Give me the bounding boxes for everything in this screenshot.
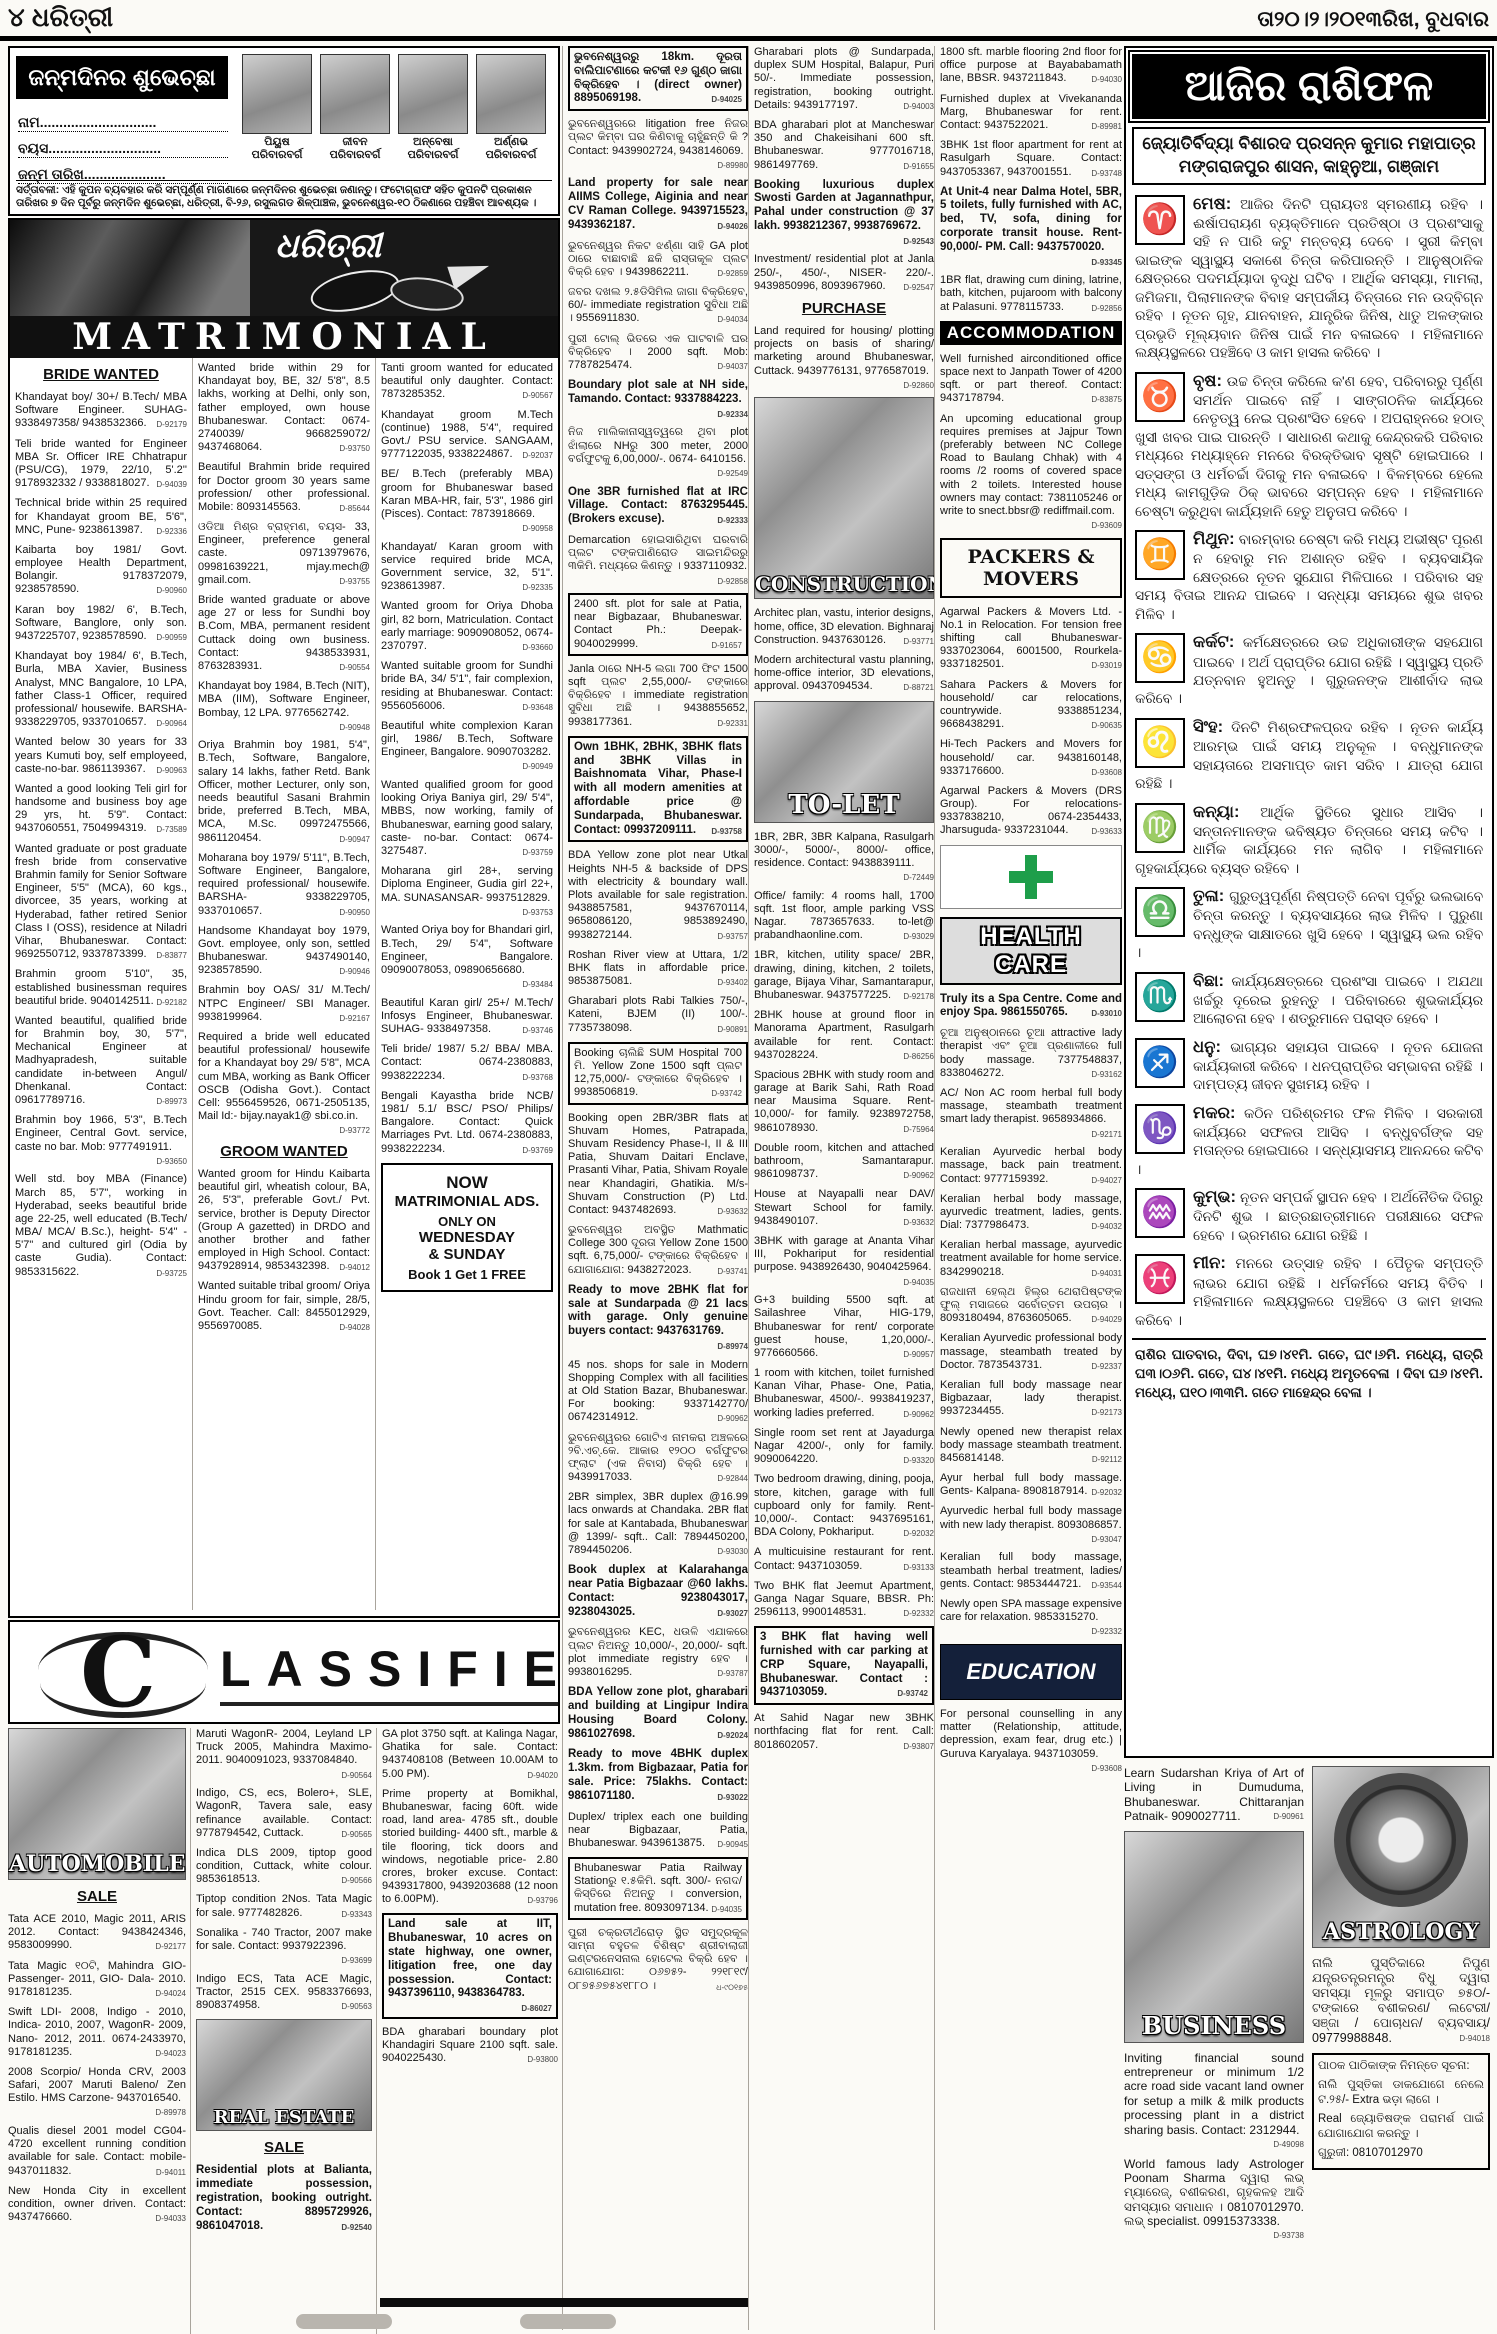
- matrimonial-ad: Bride wanted graduate or above age 27 or…: [198, 594, 370, 673]
- classified-ad: Swift LDI- 2008, Indigo - 2010, Indica- …: [8, 2006, 186, 2059]
- ad-code: D-93632: [717, 1207, 748, 1217]
- ad-code: D-93800: [527, 2055, 558, 2065]
- classified-ad: ନିଜ ମାଲିକାନାସ୍ୱତ୍ୱରେ ଥିବା plot ଝାଁଲାରେ N…: [568, 426, 748, 478]
- classified-ad: Modern architectural vastu planning, hom…: [754, 654, 934, 694]
- zodiac-text: ମନରେ ଉତ୍ସାହ ରହିବ । ପୈତୃକ ସମ୍ପତ୍ତି ଲାଭର ଯ…: [1135, 1256, 1483, 1327]
- classified-ad: Newly open SPA massage expensive care fo…: [940, 1598, 1122, 1637]
- classified-ad: Keralian full body massage near Bigbazaa…: [940, 1379, 1122, 1419]
- promo-line: MATRIMONIAL ADS.: [387, 1193, 547, 1210]
- ad-code: D-93133: [903, 1563, 934, 1573]
- ad-code: D-94003: [903, 102, 934, 112]
- medical-cross-box: [940, 845, 1122, 909]
- classified-ad: House at Nayapalli near DAV/ Stewart Sch…: [754, 1188, 934, 1228]
- zodiac-name: ମକର: [1193, 1104, 1236, 1122]
- child-photo: [476, 54, 546, 134]
- zodiac-text: କଠିନ ପରିଶ୍ରମର ଫଳ ମିଳିବ । ସରକାରୀ କାର୍ଯ୍ୟର…: [1135, 1106, 1483, 1177]
- ad-text: Beautiful white complexion Karan girl, 1…: [381, 720, 553, 758]
- matrimonial-ad: Moharana girl 28+, serving Diploma Engin…: [381, 865, 553, 917]
- birthday-coupon-title: ଜନ୍ମଦିନର ଶୁଭେଚ୍ଛା: [16, 56, 228, 99]
- ad-code: D-92549: [717, 469, 748, 479]
- zodiac-text: ଦିନଟି ମିଶ୍ରଫଳପ୍ରଦ ରହିବ । ନୂତନ କାର୍ଯ୍ୟ ଆର…: [1135, 720, 1483, 791]
- matrimonial-banner: ଧରିତ୍ରୀ: [10, 220, 558, 316]
- purchase-tolet-column: Gharabari plots @ Sundarpada, duplex SUM…: [748, 46, 934, 2330]
- matrimonial-ad: Kaibarta boy 1981/ Govt. employee Health…: [15, 544, 187, 597]
- birthday-coupon: ଜନ୍ମଦିନର ଶୁଭେଚ୍ଛା ନାମ...................…: [8, 46, 560, 216]
- ad-text: Khandayat boy 1984/ 6', B.Tech, Burla, M…: [15, 650, 187, 728]
- zodiac-name: କୁମ୍ଭ: [1193, 1188, 1236, 1206]
- classified-ad: Gharabari plots @ Sundarpada, duplex SUM…: [754, 46, 934, 112]
- ad-code: D-90961: [1273, 1812, 1304, 1822]
- classified-ad: Bhubaneswar Patia Railway Stationରୁ ୧.୫କ…: [568, 1857, 748, 1920]
- classified-ad: World famous lady Astrologer Poonam Shar…: [1124, 2157, 1304, 2242]
- ad-code: D-90957: [903, 1350, 934, 1360]
- property-column: ଭୁବନେଶ୍ୱରରୁ 18km. ଦୂରତା ବାଲିପାଟଣାରେ କଟକୀ…: [562, 46, 748, 2330]
- ad-code: D-94028: [339, 1323, 370, 1333]
- classified-ad: Indica DLS 2009, tiptop good condition, …: [196, 1847, 372, 1887]
- tolet-banner-title: TO-LET: [755, 790, 933, 820]
- classified-ad: 3BHK 1st floor apartment for rent at Ras…: [940, 139, 1122, 179]
- zodiac-entry: ♈ମେଷ ଆଜିର ଦିନଟି ପ୍ରାୟତଃ ସ୍ମରଣୀୟ ରହିବ । ଈ…: [1135, 193, 1483, 363]
- classified-ad: Two bedroom drawing, dining, pooja, stor…: [754, 1473, 934, 1539]
- ad-code: D-93402: [717, 978, 748, 988]
- ad-code: D-92859: [717, 269, 748, 279]
- ad-code: D-89978: [155, 2108, 186, 2118]
- ad-code: D-92860: [903, 381, 934, 391]
- ad-text: Land sale at IIT, Bhubaneswar, 10 acres …: [388, 1918, 552, 1999]
- classified-ad: Keralian Ayurvedic professional body mas…: [940, 1332, 1122, 1372]
- matrimonial-promo-box: NOW MATRIMONIAL ADS. ONLY ON WEDNESDAY &…: [381, 1163, 553, 1292]
- matrimonial-ad: Beautiful Karan girl/ 25+/ M.Tech/ Infos…: [381, 997, 553, 1037]
- ad-code: D-93787: [717, 1669, 748, 1679]
- zodiac-entry: ♑ମକର କଠିନ ପରିଶ୍ରମର ଫଳ ମିଳିବ । ସରକାରୀ କାର…: [1135, 1102, 1483, 1180]
- bottom-right-right-column: ASTROLOGY ନାଲି ପୁସ୍ତିକାରେ ନିପୁଣ ଯନ୍ତ୍ରତନ…: [1312, 1766, 1490, 2332]
- page-artifact: [296, 2314, 392, 2329]
- ad-text: ଭୁବନେଶ୍ୱରରେ litigation free ନିଜର ପ୍ଲଟ କି…: [568, 118, 748, 156]
- matrimonial-ad: Moharana boy 1979/ 5'11", B.Tech, Softwa…: [198, 852, 370, 918]
- ad-code: D-91657: [711, 641, 742, 651]
- ad-code: D-93757: [717, 932, 748, 942]
- classified-ad: Ready to move 2BHK flat for sale at Sund…: [568, 1284, 748, 1352]
- ad-code: D-93746: [522, 1026, 553, 1036]
- ad-code: D-90962: [903, 1410, 934, 1420]
- matrimonial-ad: Khandayat/ Karan groom with service requ…: [381, 541, 553, 594]
- ad-code: D-93769: [522, 1146, 553, 1156]
- zodiac-entry: ♍କନ୍ୟା ଆର୍ଥିକ ସ୍ଥିତିରେ ସୁଧାର ଆସିବ । ସନ୍ତ…: [1135, 801, 1483, 879]
- notice-box: ପାଠକ ପାଠିକାଙ୍କ ନିମନ୍ତେ ସୂଚନା:ନାଲି ପୁସ୍ତି…: [1312, 2053, 1490, 2170]
- coupon-age-field[interactable]: ବୟସ.............................: [18, 140, 228, 158]
- child-name: ଅର୍ଣ୍ଣଭ: [476, 136, 546, 149]
- zodiac-name: ତୁଳା: [1193, 887, 1224, 905]
- classified-ad: One 3BR furnished flat at IRC Village. C…: [568, 486, 748, 527]
- real-estate-banner-title: REAL ESTATE: [197, 2107, 371, 2128]
- date-line: ତା୨୦।୨।୨୦୧୩ରିଖ, ବୁଧବାର: [1257, 8, 1489, 32]
- classified-ad: Land sale at IIT, Bhubaneswar, 10 acres …: [382, 1913, 558, 2018]
- promo-line: NOW: [387, 1173, 547, 1193]
- ad-code: D-92167: [339, 1014, 370, 1024]
- ad-text: Brahmin boy 1966, 5'3", B.Tech Engineer,…: [15, 1114, 187, 1152]
- real-estate-column: GA plot 3750 sqft. at Kalinga Nagar, Gha…: [376, 1728, 558, 2334]
- ad-code: D-85644: [339, 504, 370, 514]
- page-artifact: [520, 2314, 616, 2329]
- child-family-label: ପରିବାରବର୍ଗ: [242, 149, 312, 162]
- automobile-column: AUTOMOBILE SALE Tata ACE 2010, Magic 201…: [8, 1728, 186, 2334]
- zodiac-text: ଗୁରୁତ୍ୱପୂର୍ଣ୍ଣ ନିଷ୍ପତ୍ତି ନେବା ପୂର୍ବରୁ ଭଲ…: [1135, 889, 1483, 960]
- zodiac-text: କର୍ମକ୍ଷେତ୍ରରେ ଉଚ୍ଚ ଅଧିକାରୀଙ୍କ ସହଯୋଗ ପାଇବ…: [1135, 635, 1483, 706]
- zodiac-text: ନୂତନ ସମ୍ପର୍କ ସ୍ଥାପନ ହେବ । ଅର୍ଥନୈତିକ ଦିଗର…: [1193, 1190, 1483, 1243]
- classified-ad: Learn Sudarshan Kriya of Art of Living i…: [1124, 1766, 1304, 1824]
- ad-code: D-93807: [903, 1742, 934, 1752]
- ad-text: Moharana girl 28+, serving Diploma Engin…: [381, 865, 553, 903]
- zodiac-icon: ♌: [1135, 718, 1185, 768]
- child-photo: [398, 54, 468, 134]
- child-name: ପିୟୁଷ: [242, 136, 312, 149]
- ad-text: Booking open 2BR/3BR flats at Shuvam Hom…: [568, 1112, 748, 1216]
- ad-code: D-90960: [156, 586, 187, 596]
- ad-code: D-92332: [903, 1609, 934, 1619]
- classified-ad: AC/ Non AC room herbal full body massage…: [940, 1087, 1122, 1139]
- zodiac-entry: ♏ବିଛା କାର୍ଯ୍ୟକ୍ଷେତ୍ରରେ ପ୍ରଶଂସା ପାଇବେ । ଅ…: [1135, 970, 1483, 1029]
- drum-icon: [307, 263, 403, 316]
- ad-text: At Unit-4 near Dalma Hotel, 5BR, 5 toile…: [940, 186, 1122, 253]
- ad-code: D-90949: [522, 762, 553, 772]
- matrimonial-banner-title: MATRIMONIAL: [10, 316, 558, 358]
- notice-line: ନାଲି ପୁସ୍ତିକା ଡାକଯୋଗେ ନେଲେ ଟ.୨୫/- Extra …: [1318, 2078, 1484, 2109]
- newspaper-page: ୪ ଧରିତ୍ରୀ ତା୨୦।୨।୨୦୧୩ରିଖ, ବୁଧବାର ଜନ୍ମଦିନ…: [0, 0, 1497, 2334]
- construction-image: CONSTRUCTION: [754, 397, 934, 599]
- ad-code: D-94033: [155, 2214, 186, 2224]
- ad-code: D-93796: [527, 1896, 558, 1906]
- matrimonial-column-3: Tanti groom wanted for educated beautifu…: [375, 358, 558, 1610]
- classified-ad: Inviting financial sound entrepreneur or…: [1124, 2051, 1304, 2150]
- ad-text: ନାଲି ପୁସ୍ତିକାରେ ନିପୁଣ ଯନ୍ତ୍ରତନ୍ତ୍ରମନ୍ତ୍ର…: [1312, 1956, 1490, 2045]
- ad-code: D-94031: [1091, 1269, 1122, 1279]
- ad-code: D-92178: [903, 992, 934, 1002]
- matrimonial-ad: BE/ B.Tech (preferably MBA) groom for Bh…: [381, 468, 553, 533]
- classified-ad: Janla ଠାରେ NH-5 ଲଗା 700 ଫିଟ 1500 sqft ପ୍…: [568, 663, 748, 729]
- classified-ad: ଭୁବନେଶ୍ୱରର KEC, ଧଉଳି ଏଯାକରେ ପ୍ଲଟ ନିଅନ୍ତୁ…: [568, 1626, 748, 1679]
- ad-text: Wanted Oriya boy for Bhandari girl, B.Te…: [381, 924, 553, 976]
- ad-text: Wanted bride within 29 for Khandayat boy…: [198, 362, 370, 453]
- matrimonial-ad: Well std. boy MBA (Finance) March 85, 5'…: [15, 1173, 187, 1279]
- ad-code: D-94039: [156, 480, 187, 490]
- ad-code: D-92179: [156, 420, 187, 430]
- zodiac-icon: ♓: [1135, 1254, 1185, 1304]
- zodiac-icon: ♉: [1135, 372, 1185, 422]
- ad-code: D-72449: [903, 873, 934, 883]
- medical-cross-icon: [1009, 855, 1053, 899]
- matrimonial-ad: Brahmin boy OAS/ 31/ M.Tech/ NTPC Engine…: [198, 984, 370, 1024]
- accommodation-heading: ACCOMMODATION: [940, 321, 1122, 345]
- ad-text: 2008 Scorpio/ Honda CRV, 2003 Safari, 20…: [8, 2066, 186, 2104]
- matrimonial-ad: Handsome Khandayat boy 1979, Govt. emplo…: [198, 925, 370, 978]
- ad-code: D-89973: [156, 1097, 187, 1107]
- birthday-photos: ପିୟୁଷ ପରିବାରବର୍ଗ ଜୀବନ ପରିବାରବର୍ଗ ଅନ୍ବେଷା…: [242, 54, 552, 172]
- ad-text: BDA Yellow zone plot near Utkal Heights …: [568, 849, 748, 940]
- classified-ad: 2BR simplex, 3BR duplex @16.99 lacs onwa…: [568, 1491, 748, 1557]
- zodiac-name: ମେଷ: [1193, 195, 1231, 213]
- classified-ad: Agarwal Packers & Movers Ltd. - No.1 in …: [940, 606, 1122, 672]
- ad-code: D-93029: [903, 932, 934, 942]
- classified-ad: ଭୁବନେଶ୍ୱର ନିକଟ ଝର୍ଣ୍ଣା ସାହି GA plot ଠାରେ…: [568, 240, 748, 280]
- classified-ad: Keralian full body massage, steambath he…: [940, 1551, 1122, 1591]
- ad-code: D-90564: [341, 1771, 372, 1781]
- classified-ad: Residential plots at Balianta, immediate…: [196, 2164, 372, 2233]
- health-care-banner: HEALTH CARE: [940, 917, 1122, 985]
- birthday-photo: ଅର୍ଣ୍ଣଭ ପରିବାରବର୍ଗ: [476, 54, 546, 172]
- ad-code: D-93741: [717, 1267, 748, 1277]
- ad-code: D-90948: [339, 723, 370, 733]
- matrimonial-ad: Beautiful white complexion Karan girl, 1…: [381, 720, 553, 772]
- ad-code: D-90963: [156, 766, 187, 776]
- classified-ad: Newly opened new therapist relax body ma…: [940, 1426, 1122, 1466]
- ad-code: D-94011: [156, 2168, 186, 2178]
- promo-line: & SUNDAY: [387, 1246, 547, 1263]
- child-photo: [242, 54, 312, 134]
- zodiac-entry: ♊ମିଥୁନ ବାରମ୍ବାର ଚେଷ୍ଟା କରି ମଧ୍ୟ ଅଭୀଷ୍ଟ ପ…: [1135, 528, 1483, 624]
- classified-ad: Maruti WagonR- 2004, Leyland LP Truck 20…: [196, 1728, 372, 1780]
- zodiac-entry: ♐ଧନୁ ଭାଗ୍ୟର ସହାୟତା ପାଇବେ । ନୂତନ ଯୋଜନା କା…: [1135, 1036, 1483, 1095]
- ad-code: D-92332: [1091, 1627, 1122, 1637]
- promo-line: Book 1 Get 1 FREE: [387, 1267, 547, 1282]
- real-estate-sale-heading: SALE: [196, 2139, 372, 2156]
- ad-code: D-92337: [1091, 1362, 1122, 1372]
- ad-code: D-92173: [1091, 1408, 1122, 1418]
- ad-code: D-93047: [1091, 1535, 1122, 1545]
- ad-code: D-86027: [521, 2004, 552, 2014]
- classified-ad: Keralian Ayurvedic herbal body massage, …: [940, 1146, 1122, 1186]
- ad-code: D-90566: [341, 1876, 372, 1886]
- business-image: BUSINESS: [1124, 1831, 1304, 2043]
- classified-ad: Well furnished airconditioned office spa…: [940, 353, 1122, 406]
- zodiac-name: କର୍କଟ: [1193, 633, 1234, 651]
- ad-code: D-90958: [522, 524, 553, 534]
- ad-code: D-92024: [717, 1731, 748, 1741]
- ad-code: D-93755: [339, 577, 370, 587]
- ad-code: D-93650: [156, 1157, 187, 1167]
- matrimonial-ad: Tanti groom wanted for educated beautifu…: [381, 362, 553, 402]
- zodiac-entry: ♌ସିଂହ ଦିନଟି ମିଶ୍ରଫଳପ୍ରଦ ରହିବ । ନୂତନ କାର୍…: [1135, 716, 1483, 794]
- ad-code: D-92032: [1091, 1488, 1122, 1498]
- matrimonial-ad: Brahmin groom 5'10", 35, established bus…: [15, 968, 187, 1008]
- classified-ad: ଭୁବନେଶ୍ୱରରେ litigation free ନିଜର ପ୍ଲଟ କି…: [568, 118, 748, 170]
- ad-code: D-93748: [1091, 169, 1122, 179]
- zodiac-text: କାର୍ଯ୍ୟକ୍ଷେତ୍ରରେ ପ୍ରଶଂସା ପାଇବେ । ଅଯଥା ଖର…: [1193, 974, 1483, 1027]
- page-title: ୪ ଧରିତ୍ରୀ: [8, 2, 113, 34]
- classified-ad: 2400 sft. plot for sale at Patia, near B…: [568, 593, 748, 656]
- classified-ad: Demarcation ହୋଇସାରିଥିବା ଘରବାରି ପ୍ଲଟ ଟଙ୍କ…: [568, 534, 748, 586]
- ad-code: D-94018: [1459, 2034, 1490, 2044]
- classified-ad: 1BR flat, drawing cum dining, latrine, b…: [940, 274, 1122, 314]
- classified-banner: C LASSIFIED: [8, 1620, 560, 1724]
- matrimonial-ad: Teli bride/ 1987/ 5.2/ BBA/ MBA. Contact…: [381, 1043, 553, 1083]
- ad-code: ଧ-୯୦୧୭୫: [716, 1983, 748, 1993]
- ad-code: D-94012: [339, 1263, 370, 1273]
- astrologer-name: ଜ୍ୟୋତିର୍ବିଦ୍ୟା ବିଶାରଦ ପ୍ରସନ୍ନ କୁମାର ମହାପ…: [1136, 133, 1482, 156]
- child-family-label: ପରିବାରବର୍ଗ: [320, 149, 390, 162]
- classified-ad: An upcoming educational group requires p…: [940, 413, 1122, 531]
- ad-code: D-93772: [339, 1126, 370, 1136]
- header-rule: [0, 36, 1497, 41]
- ad-code: D-92037: [522, 451, 553, 461]
- ad-code: D-94020: [527, 1771, 558, 1781]
- ad-code: D-90962: [717, 1414, 748, 1424]
- classified-ad: Ready to move 4BHK duplex 1.3km. from Bi…: [568, 1748, 748, 1803]
- classified-ad: BDA gharabari plot at Mancheswar 350 and…: [754, 119, 934, 172]
- ad-code: D-93648: [522, 703, 553, 713]
- ad-text: Well std. boy MBA (Finance) March 85, 5'…: [15, 1173, 187, 1277]
- classified-ad: 1BR, kitchen, utility space/ 2BR, drawin…: [754, 949, 934, 1002]
- matrimonial-ad: Karan boy 1982/ 6', B.Tech, Software, Ba…: [15, 604, 187, 644]
- classified-ad: Booking open 2BR/3BR flats at Shuvam Hom…: [568, 1112, 748, 1218]
- ad-code: D-92856: [1091, 304, 1122, 314]
- ad-code: D-93608: [1091, 768, 1122, 778]
- classified-ad: Truly its a Spa Centre. Come and enjoy S…: [940, 993, 1122, 1021]
- classified-ad: Land required for housing/ plotting proj…: [754, 325, 934, 390]
- bride-wanted-heading: BRIDE WANTED: [15, 366, 187, 383]
- ad-code: D-93345: [1091, 258, 1122, 268]
- ad-code: D-90565: [341, 1830, 372, 1840]
- zodiac-icon: ♐: [1135, 1038, 1185, 1088]
- groom-wanted-heading: GROOM WANTED: [198, 1143, 370, 1160]
- classified-ad: Keralian herbal body massage, ayurvedic …: [940, 1193, 1122, 1233]
- coupon-terms: ସର୍ତ୍ତାବଳୀ: ଏହି କୁପନ ବ୍ୟବହାର କରି ସମ୍ପୂର୍…: [16, 180, 552, 210]
- child-name: ଅନ୍ବେଷା: [398, 136, 468, 149]
- ghat-info: ରାଶିର ଘାତବାର, ଦିବା, ଘ୭।୪୧ମି. ଗତେ, ଘ୯।୬ମି…: [1132, 1338, 1486, 1409]
- ad-code: D-93632: [903, 1218, 934, 1228]
- child-name: ଜୀବନ: [320, 136, 390, 149]
- notice-line: ଗୁରୁଜୀ: 08107012970: [1318, 2146, 1484, 2162]
- classified-ad: Sahara Packers & Movers for household/ c…: [940, 679, 1122, 732]
- zodiac-text: ଆର୍ଥିକ ସ୍ଥିତିରେ ସୁଧାର ଆସିବ । ସନ୍ତାନମାନଙ୍…: [1135, 805, 1483, 876]
- ad-text: Newly open SPA massage expensive care fo…: [940, 1598, 1122, 1623]
- matrimonial-ad: Wanted qualified groom for good looking …: [381, 779, 553, 858]
- classified-ad: ଚୂଆ ଅନୁଷ୍ଠାନରେ ଚୂଆ attractive lady thera…: [940, 1027, 1122, 1080]
- ad-code: D-94035: [903, 1278, 934, 1288]
- ad-code: D-93633: [1091, 827, 1122, 837]
- construction-banner-title: CONSTRUCTION: [755, 572, 933, 596]
- classified-ad: 1800 sft. marble flooring 2nd floor for …: [940, 46, 1122, 86]
- zodiac-icon: ♑: [1135, 1104, 1185, 1154]
- ad-code: D-90959: [156, 633, 187, 643]
- ad-code: D-93027: [717, 1609, 748, 1619]
- classified-ad: G+3 building 5500 sqft. at Sailashree Vi…: [754, 1294, 934, 1360]
- ad-code: D-92177: [155, 1942, 186, 1952]
- classified-ad: Prime property at Bomikhal, Bhubaneswar,…: [382, 1788, 558, 1907]
- ad-code: D-92844: [717, 1474, 748, 1484]
- zodiac-name: ମୀନ: [1193, 1254, 1226, 1272]
- classified-ad: At Unit-4 near Dalma Hotel, 5BR, 5 toile…: [940, 186, 1122, 268]
- matrimonial-ad: Teli bride wanted for Engineer MBA Sr. O…: [15, 438, 187, 491]
- child-photo: [320, 54, 390, 134]
- ad-code: D-89981: [1091, 122, 1122, 132]
- ad-code: D-88721: [903, 683, 934, 693]
- astrology-image: ASTROLOGY: [1312, 1766, 1490, 1948]
- ad-text: ନିଜ ମାଲିକାନାସ୍ୱତ୍ୱରେ ଥିବା plot ଝାଁଲାରେ N…: [568, 426, 748, 464]
- matrimonial-ad: Oriya Brahmin boy 1981, 5'4", B.Tech, So…: [198, 739, 370, 845]
- trumpet-icon: [447, 254, 492, 289]
- ad-code: D-92334: [717, 410, 748, 420]
- matrimonial-ad: Khandayat boy 1984, B.Tech (NIT), MBA (I…: [198, 680, 370, 732]
- classified-ad: Roshan River view at Uttara, 1/2 BHK fla…: [568, 949, 748, 989]
- automobile-banner-title: AUTOMOBILE: [9, 1851, 185, 1877]
- ad-text: Land required for housing/ plotting proj…: [754, 325, 934, 377]
- ad-code: D-94027: [1091, 1176, 1122, 1186]
- zodiac-name: କନ୍ୟା: [1193, 803, 1239, 821]
- ad-code: D-93484: [522, 980, 553, 990]
- zodiac-text: ବାରମ୍ବାର ଚେଷ୍ଟା କରି ମଧ୍ୟ ଅଭୀଷ୍ଟ ପୂରଣ ନ ହ…: [1135, 532, 1483, 622]
- ad-code: D-93609: [1091, 521, 1122, 531]
- services-column: 1800 sft. marble flooring 2nd floor for …: [934, 46, 1122, 2330]
- ad-code: D-75964: [903, 1125, 934, 1135]
- classified-ad: ରାଜଧାନୀ ହେଲ୍ଥ ହିଲ୍‌ର ଥେରାପିଷ୍ଟଙ୍କ ଫୁଲ୍ ମ…: [940, 1286, 1122, 1326]
- ad-code: D-93343: [341, 1910, 372, 1920]
- ad-code: D-94025: [711, 95, 742, 105]
- classified-ad: Gharabari plots Rabi Talkies 750/-, Kate…: [568, 995, 748, 1035]
- ad-code: D-93608: [1091, 1764, 1122, 1774]
- ad-code: D-92858: [717, 577, 748, 587]
- classified-ad: 1 room with kitchen, toilet furnished Ka…: [754, 1367, 934, 1420]
- zodiac-entry: ♉ବୃଷ ଉଚ୍ଚ ଚିନ୍ତା କରିଲେ କ'ଣ ହେବ, ପରିବାରରୁ…: [1135, 370, 1483, 522]
- automobile-image: AUTOMOBILE: [8, 1728, 186, 1880]
- zodiac-text: ଉଚ୍ଚ ଚିନ୍ତା କରିଲେ କ'ଣ ହେବ, ପରିବାରରୁ ପୂର୍…: [1135, 374, 1483, 519]
- classified-ad: Duplex/ triplex each one building near B…: [568, 1811, 748, 1851]
- classified-ad: Investment/ residential plot at Janla 25…: [754, 253, 934, 293]
- ad-text: Demarcation ହୋଇସାରିଥିବା ଘରବାରି ପ୍ଲଟ ଟଙ୍କ…: [568, 534, 748, 572]
- zodiac-name: ବୃଷ: [1193, 372, 1222, 390]
- classified-ad: Land property for sale near AIIMS Colleg…: [568, 177, 748, 232]
- classified-ad: New Honda City in excellent condition, o…: [8, 2185, 186, 2225]
- ad-text: Inviting financial sound entrepreneur or…: [1124, 2051, 1304, 2137]
- ad-text: An upcoming educational group requires p…: [940, 413, 1122, 517]
- matrimonial-ad: Khandayat boy 1984/ 6', B.Tech, Burla, M…: [15, 650, 187, 729]
- classified-ad: Ayurvedic herbal full body massage with …: [940, 1505, 1122, 1544]
- classified-ad: Ayur herbal full body massage. Gents- Ka…: [940, 1472, 1122, 1498]
- ad-text: Residential plots at Balianta, immediate…: [196, 2164, 372, 2231]
- zodiac-entry: ♓ମୀନ ମନରେ ଉତ୍ସାହ ରହିବ । ପୈତୃକ ସମ୍ପତ୍ତି ଲ…: [1135, 1252, 1483, 1330]
- classified-ad: Agarwal Packers & Movers (DRS Group). Fo…: [940, 785, 1122, 838]
- ad-code: D-93022: [717, 1793, 748, 1803]
- classified-ad: Architec plan, vastu, interior designs, …: [754, 607, 934, 647]
- classified-ad: Tata ACE 2010, Magic 2011, ARIS 2012. Co…: [8, 1913, 186, 1953]
- masthead: ୪ ଧରିତ୍ରୀ ତା୨୦।୨।୨୦୧୩ରିଖ, ବୁଧବାର: [8, 2, 1489, 34]
- ad-code: D-94029: [1091, 1315, 1122, 1325]
- ad-code: D-92540: [341, 2223, 372, 2233]
- classified-ad: Boundary plot sale at NH side, Tamando. …: [568, 379, 748, 419]
- classified-ad: ଭୁବନେଶ୍ୱର ଅବସ୍ଥିତ Mathmatic College 300 …: [568, 1224, 748, 1277]
- coupon-name-field[interactable]: ନାମ..............................: [18, 114, 228, 132]
- ad-text: Oriya Brahmin boy 1981, 5'4", B.Tech, So…: [198, 739, 370, 843]
- ad-code: D-90567: [522, 391, 553, 401]
- ad-code: D-93750: [339, 444, 370, 454]
- matrimonial-ad: Wanted a good looking Teli girl for hand…: [15, 783, 187, 836]
- birthday-photo: ଅନ୍ବେଷା ପରିବାରବର୍ଗ: [398, 54, 468, 172]
- zodiac-text: ଆଜିର ଦିନଟି ପ୍ରାୟତଃ ସ୍ମରଣୀୟ ରହିବ । ଈର୍ଷାପ…: [1135, 197, 1483, 361]
- classified-ad: Booking ଚାଲିଛି SUM Hospital 700 ମି. Yell…: [568, 1042, 748, 1105]
- ad-code: D-90945: [717, 1840, 748, 1850]
- ad-text: Ready to move 2BHK flat for sale at Sund…: [568, 1284, 748, 1337]
- ad-text: Boundary plot sale at NH side, Tamando. …: [568, 379, 748, 405]
- ad-code: D-92032: [903, 1529, 934, 1539]
- zodiac-entry: ♒କୁମ୍ଭ ନୂତନ ସମ୍ପର୍କ ସ୍ଥାପନ ହେବ । ଅର୍ଥନୈତ…: [1135, 1186, 1483, 1245]
- ad-code: D-93019: [1091, 661, 1122, 671]
- ad-code: D-90635: [1091, 721, 1122, 731]
- ad-code: D-90563: [341, 2002, 372, 2012]
- dharitri-logo: ଧରିତ୍ରୀ: [275, 226, 381, 266]
- matrimonial-ad: Brahmin boy 1966, 5'3", B.Tech Engineer,…: [15, 1114, 187, 1166]
- zodiac-wheel-icon: [1334, 1773, 1468, 1907]
- ad-code: D-92336: [156, 527, 187, 537]
- classified-ad: ପୁରୀ ଚକ୍ରତୀର୍ଥରୋଡ଼ ସ୍ଥିତ ସମୁଦ୍ରକୂଳ ସାମ୍ନ…: [568, 1927, 748, 1993]
